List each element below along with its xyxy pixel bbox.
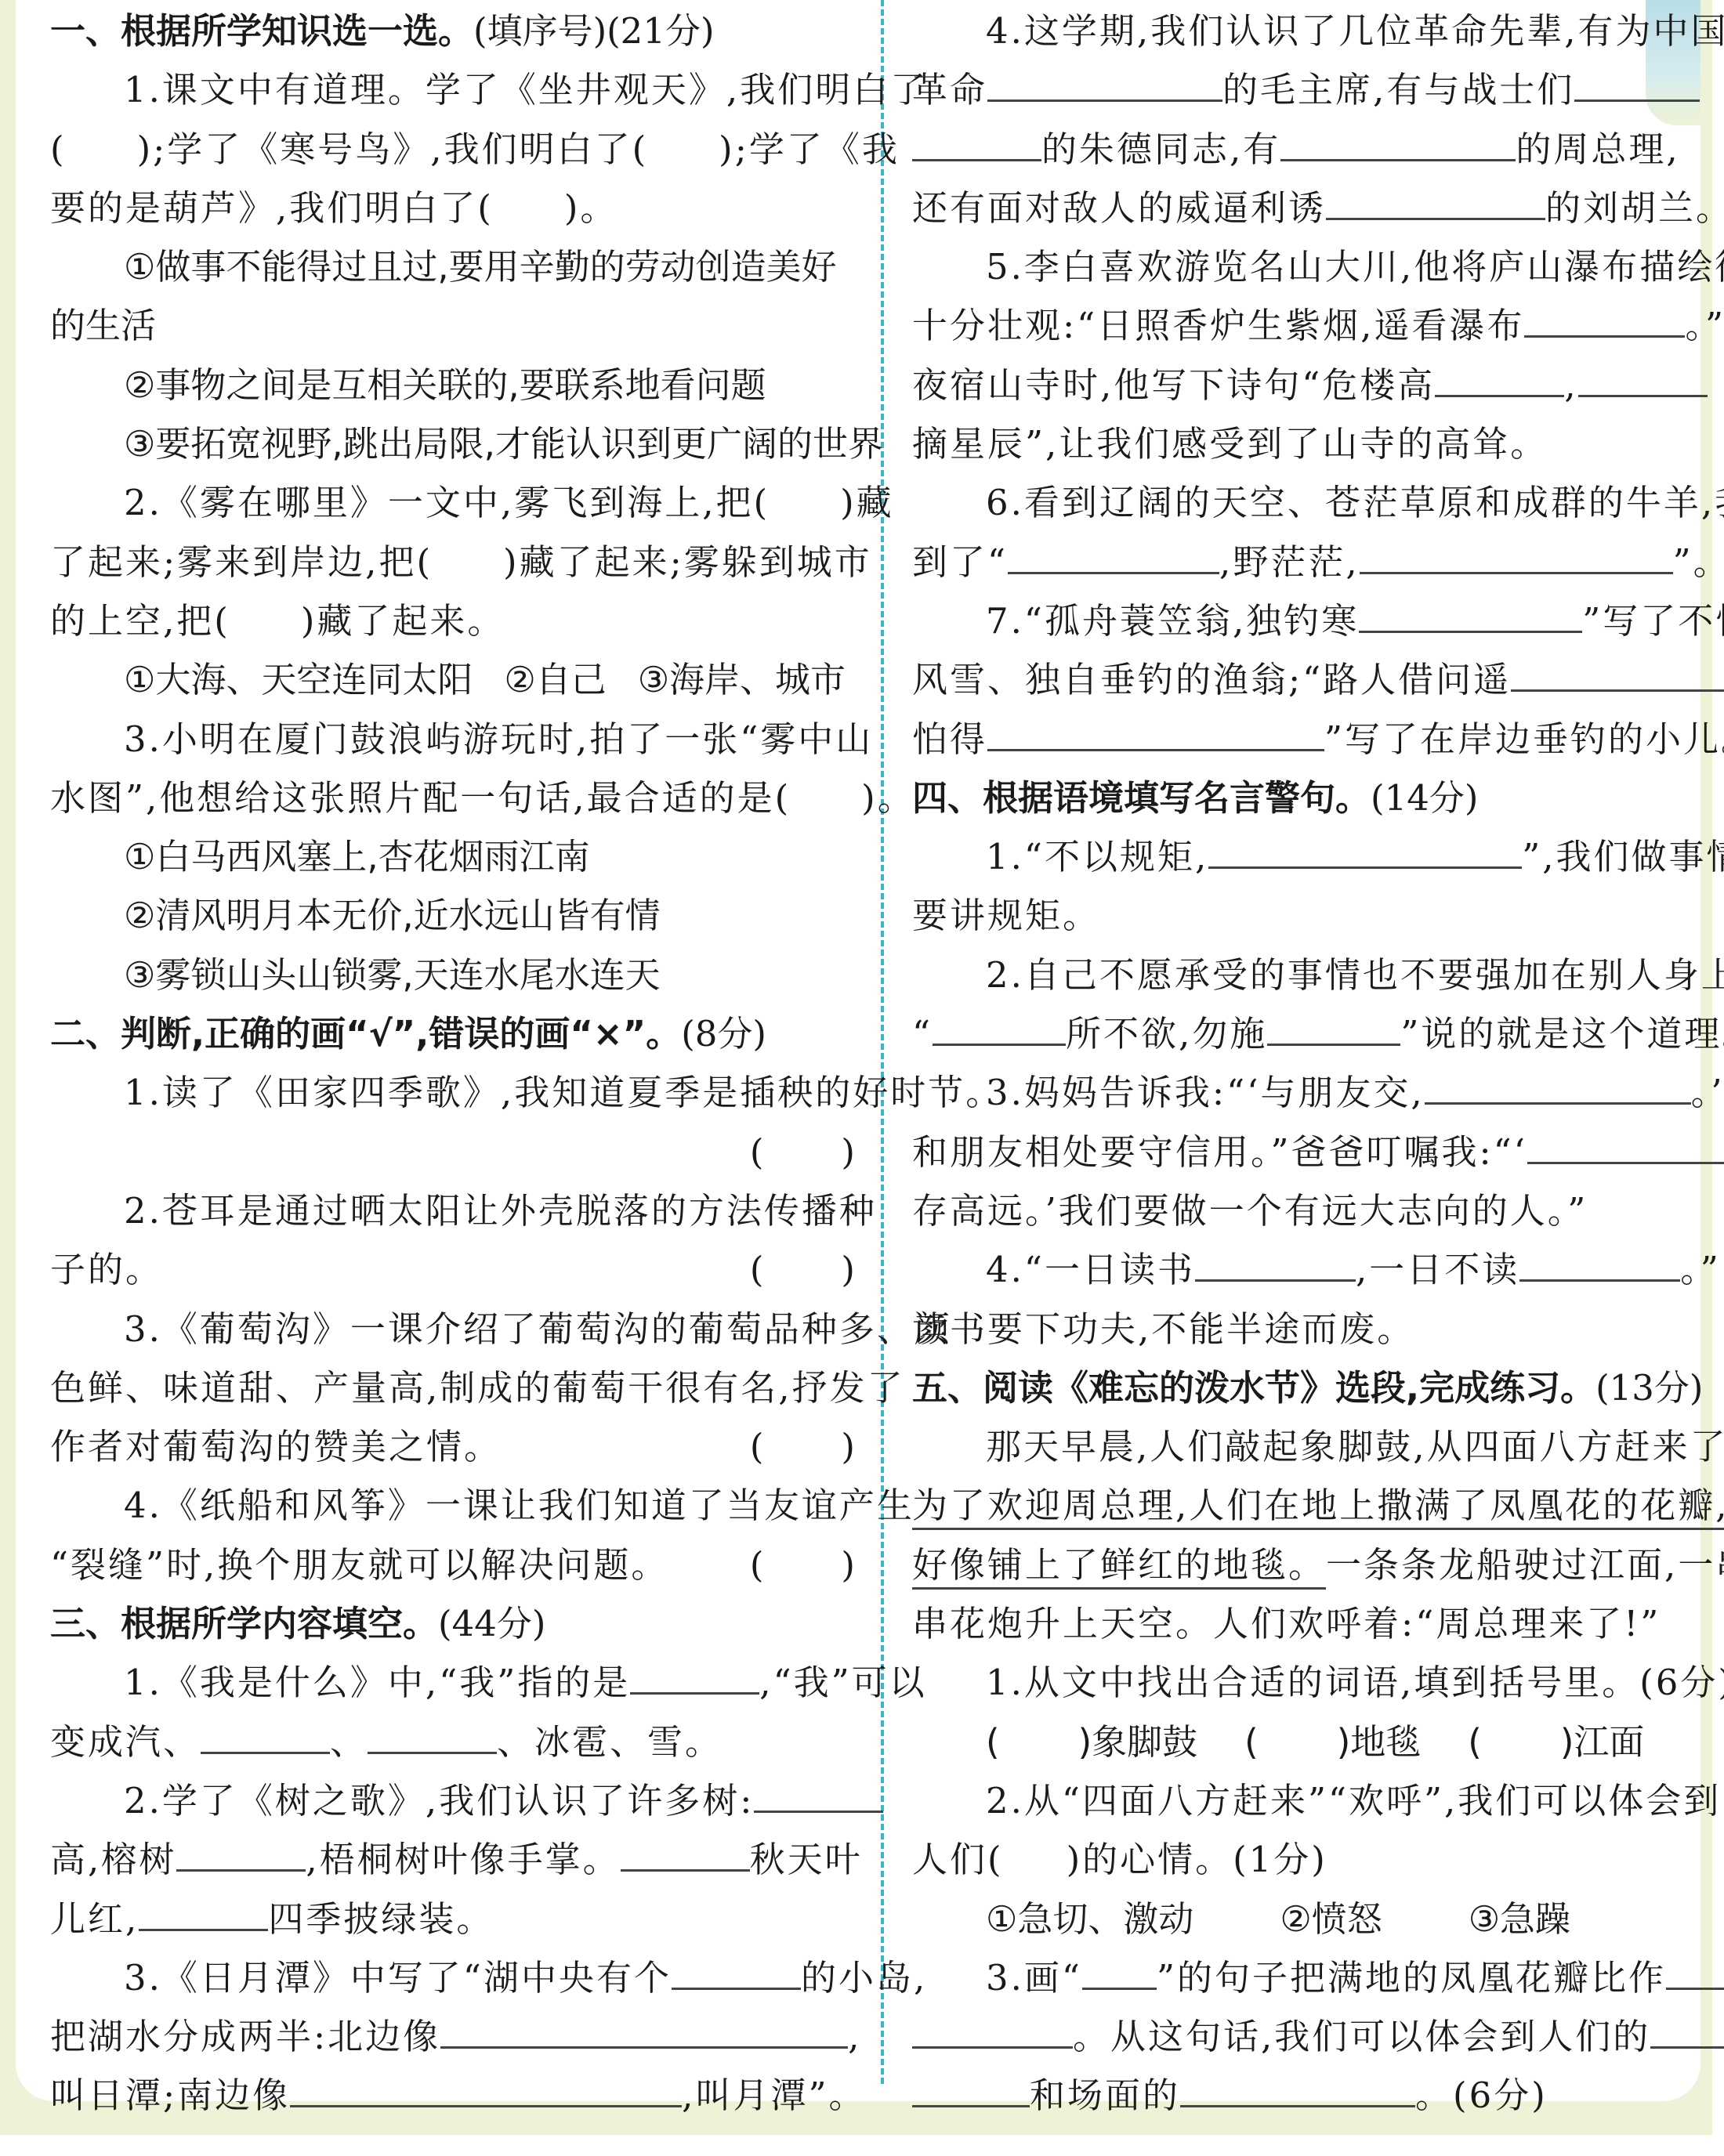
s1-q2-line3: 的上空,把()藏了起来。 [50, 591, 857, 650]
fill-blank[interactable] [1574, 65, 1700, 102]
s3-q6-line1: 6.看到辽阔的天空、苍茫草原和成群的牛羊,我想 [912, 473, 1719, 532]
underlined-sentence: 为了欢迎周总理,人们在地上撒满了凤凰花的花瓣, [912, 1485, 1724, 1530]
question-text: “ [912, 1013, 933, 1054]
s4-q2-line2: “所不欲,勿施”说的就是这个道理。 [912, 1004, 1719, 1063]
section-points: (14分) [1371, 777, 1478, 819]
option-text: ③要拓宽视野,跳出局限,才能认识到更广阔的世界 [124, 423, 883, 465]
s4-q2-line1: 2.自己不愿承受的事情也不要强加在别人身上。 [912, 946, 1719, 1004]
question-text: 。” [1680, 1249, 1721, 1290]
fill-blank[interactable] [440, 2012, 848, 2049]
s1-q3-line1: 3.小明在厦门鼓浪屿游玩时,拍了一张“雾中山 [50, 710, 857, 769]
option-text: ③雾锁山头山锁雾,天连水尾水连天 [124, 954, 661, 996]
s3-q4-line1: 4.这学期,我们认识了几位革命先辈,有为中国 [912, 2, 1719, 60]
fill-blank[interactable] [1524, 301, 1685, 338]
section-title: 一、根据所学知识选一选。 [50, 10, 473, 52]
fill-blank[interactable] [1578, 360, 1708, 397]
s2-q1: 1.读了《田家四季歌》,我知道夏季是插秧的好时节。 [50, 1063, 857, 1122]
fill-blank[interactable] [1527, 1127, 1724, 1164]
s5-q3-line2: 。从这句话,我们可以体会到人们的 [912, 2007, 1719, 2066]
passage-text: 那天早晨,人们敲起象脚鼓,从 [986, 1426, 1465, 1467]
option-text: ②愤怒 [1280, 1898, 1382, 1940]
s4-q4-line2: 读书要下功夫,不能半途而废。 [912, 1300, 1719, 1358]
fill-blank[interactable] [933, 1009, 1066, 1046]
fill-blank[interactable] [176, 1835, 306, 1872]
answer-paren-open: ( [50, 128, 67, 170]
passage-text: 着:“周总理来了!” [1364, 1603, 1661, 1644]
answer-box[interactable]: ( ) [750, 1417, 857, 1476]
fill-blank[interactable] [912, 2012, 1073, 2049]
s2-q3-line2: 色鲜、味道甜、产量高,制成的葡萄干很有名,抒发了 [50, 1358, 857, 1417]
question-text: 5.李白喜欢游览名山大川,他将庐山瀑布描绘得 [986, 246, 1724, 288]
fill-blank[interactable] [1666, 1953, 1724, 1990]
fill-blank[interactable] [987, 714, 1324, 751]
question-text: 存高远。’我们要做一个有远大志向的人。” [912, 1190, 1588, 1232]
s3-q4-line2: 革命的毛主席,有与战士们 [912, 60, 1719, 119]
question-text: 怕得 [912, 718, 987, 760]
fill-blank[interactable] [630, 1658, 759, 1695]
fill-blank[interactable] [368, 1717, 497, 1754]
s3-q1-line1: 1.《我是什么》中,“我”指的是,“我”可以 [50, 1653, 857, 1712]
section-title: 五、阅读《难忘的泼水节》选段,完成练习。 [912, 1367, 1595, 1409]
question-text: “裂缝”时,换个朋友就可以解决问题。 [50, 1544, 668, 1586]
section5-heading: 五、阅读《难忘的泼水节》选段,完成练习。(13分) [912, 1358, 1719, 1417]
s3-q3-line2: 把湖水分成两半:北边像, [50, 2007, 857, 2066]
question-text: 的上空,把( [50, 600, 230, 642]
question-text: 2.苍耳是通过晒太阳让外壳脱落的方法传播种 [124, 1190, 877, 1232]
s3-q2-line2: 高,榕树,梧桐树叶像手掌。秋天叶 [50, 1830, 857, 1889]
s2-q4-line1: 4.《纸船和风筝》一课让我们知道了当友谊产生 [50, 1476, 857, 1535]
option-text: ②自己 [504, 659, 606, 700]
fill-blank[interactable] [201, 1717, 330, 1754]
fill-blank[interactable] [1195, 1245, 1356, 1282]
question-text: 子的。 [50, 1249, 163, 1290]
fill-blank[interactable] [912, 125, 1041, 161]
s3-q7-line3: 怕得”写了在岸边垂钓的小儿。 [912, 710, 1719, 769]
section-title: 二、判断,正确的画“√”,错误的画“×”。 [50, 1013, 681, 1054]
s3-q3-line3: 叫日潭;南边像,叫月潭”。 [50, 2066, 857, 2125]
question-text: 水图”,他想给这张照片配一句话,最合适的是( [50, 777, 791, 819]
s1-q1-option3: ③要拓宽视野,跳出局限,才能认识到更广阔的世界 [50, 414, 857, 473]
s4-q3-line3: 存高远。’我们要做一个有远大志向的人。” [912, 1181, 1719, 1240]
question-text: 7.“孤舟蓑笠翁,独钓寒 [986, 600, 1359, 642]
s5-q1: 1.从文中找出合适的词语,填到括号里。(6分) [912, 1653, 1719, 1712]
emphasized-word: 四面八方 [1465, 1426, 1615, 1467]
question-text: ”写了不怕 [1582, 600, 1724, 642]
s1-q3-option3: ③雾锁山头山锁雾,天连水尾水连天 [50, 946, 857, 1004]
question-text: 四季披绿装。 [268, 1898, 494, 1940]
answer-box[interactable]: ( ) [750, 1123, 857, 1181]
s1-q3-option1: ①白马西风塞上,杏花烟雨江南 [50, 827, 857, 886]
question-text: 要的是葫芦》,我们明白了( [50, 187, 494, 229]
s3-q7-line1: 7.“孤舟蓑笠翁,独钓寒”写了不怕 [912, 591, 1719, 650]
question-text: 3.《葡萄沟》一课介绍了葡萄沟的葡萄品种多、颜 [124, 1308, 952, 1350]
option-text: ③急躁 [1469, 1898, 1570, 1940]
option-text: ①白马西风塞上,杏花烟雨江南 [124, 836, 590, 877]
passage-text: 了。 [1690, 1426, 1724, 1467]
left-column: 一、根据所学知识选一选。(填序号)(21分) 1.课文中有道理。学了《坐井观天》… [50, 2, 857, 2125]
question-text: 1.课文中有道理。学了《坐井观天》,我们明白了 [124, 69, 928, 110]
fill-blank[interactable] [1280, 125, 1516, 161]
option-text: 的生活 [50, 305, 156, 346]
s3-q5-line2: 十分壮观:“日照香炉生紫烟,遥看瀑布。” [912, 296, 1719, 355]
question-text: , [1564, 364, 1577, 406]
question-text: 。(6分) [1415, 2075, 1548, 2116]
passage-line3: 好像铺上了鲜红的地毯。一条条龙船驶过江面,一串 [912, 1536, 1719, 1594]
s5-q2-line1: 2.从“四面八方赶来”“欢呼”,我们可以体会到 [912, 1771, 1719, 1830]
section-points: (44分) [438, 1603, 545, 1644]
question-text: ,叫月潭”。 [682, 2075, 866, 2116]
s3-q4-line4: 还有面对敌人的威逼利诱的刘胡兰。 [912, 179, 1719, 237]
question-text: ”,我们做事情 [1522, 836, 1724, 877]
question-text: 6.看到辽阔的天空、苍茫草原和成群的牛羊,我想 [986, 482, 1724, 523]
question-text: 摘星辰”,让我们感受到了山寺的高耸。 [912, 423, 1548, 465]
underline-sample [1082, 1953, 1157, 1990]
question-text: 的刘胡兰。 [1545, 187, 1724, 229]
s3-q4-line3: 的朱德同志,有的周总理, [912, 120, 1719, 179]
passage-line2: 为了欢迎周总理,人们在地上撒满了凤凰花的花瓣, [912, 1476, 1719, 1535]
question-text: );学了《寒号鸟》,我们明白了( [137, 128, 649, 170]
s4-q3-line1: 3.妈妈告诉我:“‘与朋友交,。’ [912, 1063, 1719, 1122]
fill-blank[interactable] [672, 1953, 801, 1990]
s1-q1-line1: 1.课文中有道理。学了《坐井观天》,我们明白了 [50, 60, 857, 119]
question-text: 2.自己不愿承受的事情也不要强加在别人身上。 [986, 954, 1724, 996]
emphasized-word: 赶来 [1615, 1426, 1690, 1467]
section-points: (填序号)(21分) [473, 10, 715, 52]
passage-text: 串 [1715, 1544, 1724, 1586]
question-text: 读书要下功夫,不能半途而废。 [912, 1308, 1414, 1350]
s1-q1-option1-cont: 的生活 [50, 296, 857, 355]
s1-q2-options: ①大海、天空连同太阳②自己③海岸、城市 [50, 650, 857, 709]
question-text: ,野茫茫, [1219, 541, 1360, 583]
question-text: ,一日不读 [1356, 1249, 1519, 1290]
question-text: 3.妈妈告诉我:“‘与朋友交, [986, 1072, 1425, 1113]
s2-q3-line1: 3.《葡萄沟》一课介绍了葡萄沟的葡萄品种多、颜 [50, 1300, 857, 1358]
question-text: 的毛主席,有与战士们 [1222, 69, 1574, 110]
question-text: 革命 [912, 69, 987, 110]
question-text: 所不欲,勿施 [1066, 1013, 1267, 1054]
question-text: 儿红, [50, 1898, 139, 1940]
question-text: 2.从“四面八方赶来”“欢呼”,我们可以体会到 [986, 1780, 1721, 1821]
fill-blank[interactable] [290, 2071, 682, 2107]
question-text: )藏了起来;雾躲到城市 [503, 541, 872, 583]
blank-label: 江面 [1574, 1721, 1644, 1763]
question-text: ”说的就是这个道理。 [1400, 1013, 1724, 1054]
fill-blank[interactable] [987, 65, 1222, 102]
question-text: 。” [1685, 305, 1724, 346]
s1-q3-line2: 水图”,他想给这张照片配一句话,最合适的是()。 [50, 769, 857, 827]
s3-q6-line2: 到了“,野茫茫,”。 [912, 533, 1719, 591]
question-text: 1.《我是什么》中,“我”指的是 [124, 1662, 630, 1703]
s1-q1-line2: ();学了《寒号鸟》,我们明白了();学了《我 [50, 120, 857, 179]
s2-q3-line3: 作者对葡萄沟的赞美之情。( ) [50, 1417, 857, 1476]
s3-q5-line4: 摘星辰”,让我们感受到了山寺的高耸。 [912, 414, 1719, 473]
passage-text: 一条条龙船驶过江面,一 [1326, 1544, 1715, 1586]
passage-line1: 那天早晨,人们敲起象脚鼓,从四面八方赶来了。 [912, 1417, 1719, 1476]
s3-q5-line1: 5.李白喜欢游览名山大川,他将庐山瀑布描绘得 [912, 237, 1719, 296]
underlined-sentence: 好像铺上了鲜红的地毯。 [912, 1544, 1326, 1590]
s4-q1-line2: 要讲规矩。 [912, 886, 1719, 945]
question-text: 叫日潭;南边像 [50, 2075, 290, 2116]
worksheet-page: 一、根据所学知识选一选。(填序号)(21分) 1.课文中有道理。学了《坐井观天》… [16, 0, 1700, 2101]
question-text: 的朱德同志,有 [1041, 128, 1280, 170]
answer-paren[interactable]: () [1244, 1721, 1350, 1763]
question-text: 。从这句话,我们可以体会到人们的 [1073, 2016, 1650, 2057]
question-text: 作者对葡萄沟的赞美之情。 [50, 1426, 502, 1467]
question-text: 、冰雹、雪。 [497, 1721, 723, 1763]
fill-blank[interactable] [1267, 1009, 1400, 1046]
s3-q2-line3: 儿红,四季披绿装。 [50, 1890, 857, 1948]
s1-q3-option2: ②清风明月本无价,近水远山皆有情 [50, 886, 857, 945]
section4-heading: 四、根据语境填写名言警句。(14分) [912, 769, 1719, 827]
s1-q1-line3: 要的是葫芦》,我们明白了()。 [50, 179, 857, 237]
question-text: 3.《日月潭》中写了“湖中央有个 [124, 1957, 672, 1999]
fill-blank[interactable] [139, 1894, 268, 1931]
question-text: 3.小明在厦门鼓浪屿游玩时,拍了一张“雾中山 [124, 718, 873, 760]
s2-q1-answer-row: ( ) [50, 1123, 857, 1181]
s4-q3-line2: 和朋友相处要守信用。”爸爸叮嘱我:“‘ [912, 1123, 1719, 1181]
option-text: ①做事不能得过且过,要用辛勤的劳动创造美好 [124, 246, 837, 288]
fill-blank[interactable] [1008, 537, 1219, 574]
s5-q3-line3: 和场面的。(6分) [912, 2066, 1719, 2125]
fill-blank[interactable] [1359, 596, 1582, 633]
s3-q2-line1: 2.学了《树之歌》,我们认识了许多树: [50, 1771, 857, 1830]
s2-q2-line1: 2.苍耳是通过晒太阳让外壳脱落的方法传播种 [50, 1181, 857, 1240]
question-text: 到了“ [912, 541, 1008, 583]
answer-box[interactable]: ( ) [750, 1536, 857, 1594]
question-text: 1.从文中找出合适的词语,填到括号里。(6分) [986, 1662, 1724, 1703]
question-text: 3.画“ [986, 1957, 1082, 1999]
question-text: );学了《我 [719, 128, 900, 170]
s5-q2-options: ①急切、激动②愤怒③急躁 [912, 1890, 1719, 1948]
option-text: ①大海、天空连同太阳 [124, 659, 473, 700]
section1-heading: 一、根据所学知识选一选。(填序号)(21分) [50, 2, 857, 60]
section-title: 三、根据所学内容填空。 [50, 1603, 438, 1644]
section-points: (13分) [1595, 1367, 1703, 1409]
section2-heading: 二、判断,正确的画“√”,错误的画“×”。(8分) [50, 1004, 857, 1063]
question-text: 人们( [912, 1839, 1004, 1880]
fill-blank[interactable] [1511, 655, 1724, 692]
question-text: 。’ [1691, 1072, 1724, 1113]
option-text: ①急切、激动 [986, 1898, 1193, 1940]
question-text: 十分壮观:“日照香炉生紫烟,遥看瀑布 [912, 305, 1524, 346]
question-text: 1.“不以规矩, [986, 836, 1208, 877]
fill-blank[interactable] [1650, 2012, 1724, 2049]
fill-blank[interactable] [912, 2071, 1030, 2107]
question-text: 2.学了《树之歌》,我们认识了许多树: [124, 1780, 754, 1821]
fill-blank[interactable] [1180, 2071, 1415, 2107]
question-text: 秋天叶 [750, 1839, 863, 1880]
section3-heading: 三、根据所学内容填空。(44分) [50, 1594, 857, 1653]
s4-q1-line1: 1.“不以规矩,”,我们做事情 [912, 827, 1719, 886]
question-text: 变成汽、 [50, 1721, 201, 1763]
right-column: 4.这学期,我们认识了几位革命先辈,有为中国 革命的毛主席,有与战士们 的朱德同… [912, 2, 1719, 2125]
section-title: 四、根据语境填写名言警句。 [912, 777, 1371, 819]
answer-box[interactable]: ( ) [750, 1240, 857, 1299]
s5-q1-answers: ()象脚鼓()地毯()江面 [912, 1713, 1719, 1771]
question-text: ,“我”可以 [759, 1662, 926, 1703]
s2-q2-line2: 子的。( ) [50, 1240, 857, 1299]
option-text: ②清风明月本无价,近水远山皆有情 [124, 895, 661, 936]
question-text: 的小岛, [801, 1957, 927, 1999]
s1-q2-line1: 2.《雾在哪里》一文中,雾飞到海上,把()藏 [50, 473, 857, 532]
s3-q3-line1: 3.《日月潭》中写了“湖中央有个的小岛, [50, 1948, 857, 2007]
question-text: )藏 [840, 482, 894, 523]
question-text: 的周总理, [1516, 128, 1679, 170]
question-text: 和场面的 [1030, 2075, 1180, 2116]
question-text: ”。 [1673, 541, 1724, 583]
option-text: ③海岸、城市 [638, 659, 846, 700]
fill-blank[interactable] [1326, 183, 1545, 220]
question-text: , [848, 2016, 861, 2057]
question-text: 1.读了《田家四季歌》,我知道夏季是插秧的好时节。 [124, 1072, 1003, 1113]
question-text: )的心情。(1分) [1067, 1839, 1327, 1880]
question-text: 、 [330, 1721, 368, 1763]
question-text: 和朋友相处要守信用。”爸爸叮嘱我:“‘ [912, 1131, 1527, 1173]
question-text: 要讲规矩。 [912, 895, 1100, 936]
question-text: 色鲜、味道甜、产量高,制成的葡萄干很有名,抒发了 [50, 1367, 905, 1409]
question-text: ”写了在岸边垂钓的小儿。 [1324, 718, 1724, 760]
answer-paren[interactable]: () [1468, 1721, 1574, 1763]
question-text: 风雪、独自垂钓的渔翁;“路人借问遥 [912, 659, 1511, 700]
section-points: (8分) [681, 1013, 766, 1054]
question-text: ”的句子把满地的凤凰花瓣比作 [1157, 1957, 1666, 1999]
fill-blank[interactable] [1425, 1068, 1691, 1105]
fill-blank[interactable] [1435, 360, 1564, 397]
question-text: 把湖水分成两半:北边像 [50, 2016, 440, 2057]
s3-q1-line2: 变成汽、、、冰雹、雪。 [50, 1713, 857, 1771]
question-text: ,梧桐树叶像手掌。 [306, 1839, 620, 1880]
fill-blank[interactable] [621, 1835, 750, 1872]
emphasized-word: 欢呼 [1288, 1603, 1364, 1644]
question-text: 夜宿山寺时,他写下诗句“危楼高 [912, 364, 1435, 406]
option-text: ②事物之间是互相关联的,要联系地看问题 [124, 364, 766, 406]
s2-q4-line2: “裂缝”时,换个朋友就可以解决问题。( ) [50, 1536, 857, 1594]
fill-blank[interactable] [1360, 537, 1673, 574]
question-text: 4.《纸船和风筝》一课让我们知道了当友谊产生 [124, 1485, 915, 1526]
question-text: )藏了起来。 [301, 600, 505, 642]
question-text: 了起来;雾来到岸边,把( [50, 541, 433, 583]
fill-blank[interactable] [1208, 832, 1522, 869]
passage-line4: 串花炮升上天空。人们欢呼着:“周总理来了!” [912, 1594, 1719, 1653]
s1-q2-line2: 了起来;雾来到岸边,把()藏了起来;雾躲到城市 [50, 533, 857, 591]
question-text: 还有面对敌人的威逼利诱 [912, 187, 1326, 229]
s4-q4-line1: 4.“一日读书,一日不读。” [912, 1240, 1719, 1299]
blank-label: 象脚鼓 [1092, 1721, 1197, 1763]
fill-blank[interactable] [754, 1776, 883, 1813]
question-text: 4.“一日读书 [986, 1249, 1195, 1290]
s1-q1-option2: ②事物之间是互相关联的,要联系地看问题 [50, 356, 857, 414]
question-text: 2.《雾在哪里》一文中,雾飞到海上,把( [124, 482, 770, 523]
answer-paren[interactable]: () [986, 1721, 1092, 1763]
fill-blank[interactable] [1519, 1245, 1680, 1282]
s5-q3-line1: 3.画“”的句子把满地的凤凰花瓣比作 [912, 1948, 1719, 2007]
passage-text: 串花炮升上天空。人们 [912, 1603, 1288, 1644]
s3-q7-line2: 风雪、独自垂钓的渔翁;“路人借问遥, [912, 650, 1719, 709]
s1-q1-option1: ①做事不能得过且过,要用辛勤的劳动创造美好 [50, 237, 857, 296]
blank-label: 地毯 [1350, 1721, 1421, 1763]
question-text: )。 [564, 187, 618, 229]
s5-q2-line2: 人们()的心情。(1分) [912, 1830, 1719, 1889]
s3-q5-line3: 夜宿山寺时,他写下诗句“危楼高, [912, 356, 1719, 414]
question-text: 高,榕树 [50, 1839, 176, 1880]
question-text: 4.这学期,我们认识了几位革命先辈,有为中国 [986, 10, 1724, 52]
question-text: )。 [861, 777, 915, 819]
